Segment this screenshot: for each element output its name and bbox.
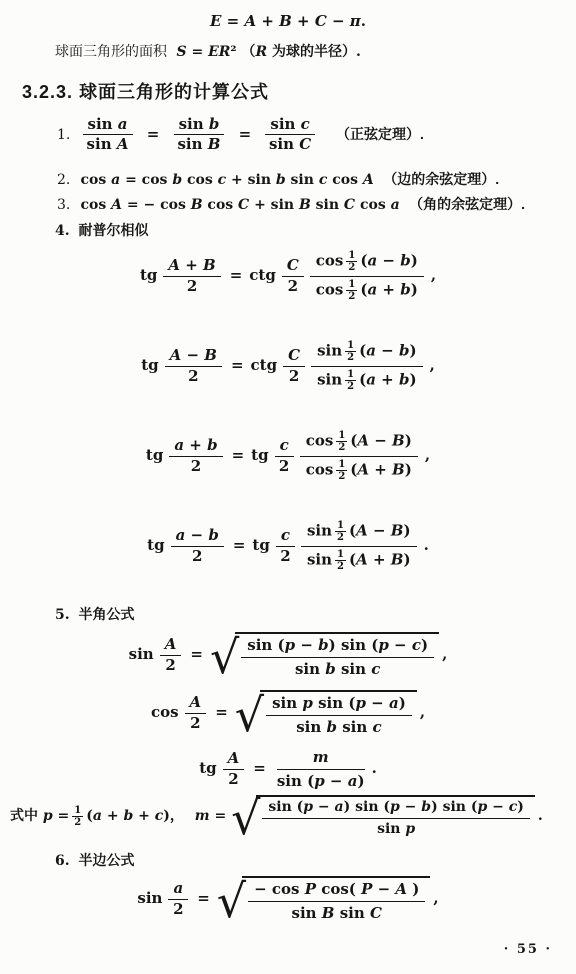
one-half: 12 [345, 340, 356, 363]
big-fraction: sin12(a − b)sin12(a + b) [311, 340, 423, 392]
big-fraction: cos12(a − b)cos12(a + b) [310, 250, 424, 302]
fraction: A2 [223, 750, 245, 788]
fraction: C2 [283, 347, 305, 385]
half-angle-formula-3: tgA2=msin (p − a). [0, 748, 576, 790]
item-napier-label: 4. 耐普尔相似 [55, 220, 149, 240]
napier-formula-1: tgA + B2=ctgC2cos12(a − b)cos12(a + b), [0, 250, 576, 302]
item-angle-cosine-rule: 3. cos A = − cos B cos C + sin B sin C c… [57, 194, 525, 214]
square-root: √− cos P cos( P − A )sin B sin C [217, 876, 431, 922]
square-root: √sin (p − b) sin (p − c)sin b sin c [210, 632, 439, 678]
item-number: 1. [57, 127, 77, 143]
item-number: 5. [55, 607, 75, 623]
big-fraction: cos12(A − B)cos12(A + B) [300, 430, 418, 482]
one-half: 12 [346, 279, 357, 302]
one-half: 12 [346, 250, 357, 273]
big-fraction: − cos P cos( P − A )sin B sin C [248, 880, 425, 922]
napier-formula-4: tga − b2=tgc2sin12(A − B)sin12(A + B). [0, 520, 576, 572]
fraction: sin asin A [83, 116, 133, 154]
formula-text: cos a = cos b cos c + sin b sin c cos A [81, 172, 374, 188]
big-fraction: sin (p − b) sin (p − c)sin b sin c [241, 636, 434, 678]
item-number: 3. [57, 197, 77, 213]
item-number: 4. [55, 223, 75, 239]
half-side-formula: sina2=√− cos P cos( P − A )sin B sin C, [0, 876, 576, 922]
one-half: 12 [335, 520, 346, 543]
section-heading: 3.2.3. 球面三角形的计算公式 [22, 78, 269, 104]
item-half-side-label: 6. 半边公式 [55, 850, 135, 870]
scanned-book-page: E = A + B + C − π. 球面三角形的面积 S = ER² （R 为… [0, 0, 576, 974]
one-half: 12 [72, 805, 83, 828]
formula-text: cos A = − cos B cos C + sin B sin C cos … [81, 197, 400, 213]
half-angle-formula-1: sinA2=√sin (p − b) sin (p − c)sin b sin … [0, 632, 576, 678]
fraction: a + b2 [169, 437, 222, 475]
fraction: A + B2 [163, 257, 220, 295]
where-word: 式中 [10, 809, 38, 824]
big-fraction: sin12(A − B)sin12(A + B) [301, 520, 417, 572]
section-number: 3.2.3. [22, 82, 73, 102]
area-line-chinese: 球面三角形的面积 [55, 45, 167, 60]
theorem-name: （角的余弦定理）. [409, 196, 525, 212]
fraction: sin bsin B [174, 116, 225, 154]
fraction: c2 [275, 437, 294, 475]
theorem-name: （正弦定理）. [336, 126, 424, 142]
section-title: 球面三角形的计算公式 [79, 82, 269, 102]
fraction: A2 [160, 636, 182, 674]
item-label: 耐普尔相似 [79, 222, 149, 238]
area-formula-line: 球面三角形的面积 S = ER² （R 为球的半径）. [55, 41, 361, 61]
fraction: c2 [276, 527, 295, 565]
fraction: A − B2 [165, 347, 222, 385]
item-label: 半角公式 [79, 606, 135, 622]
item-half-angle-label: 5. 半角公式 [55, 604, 135, 624]
page-number: · 55 · [504, 942, 552, 957]
area-line-math: S = ER² （R 为球的半径）. [177, 44, 361, 60]
theorem-name: （边的余弦定理）. [383, 171, 499, 187]
napier-formula-2: tgA − B2=ctgC2sin12(a − b)sin12(a + b), [0, 340, 576, 392]
fraction: a − b2 [171, 527, 224, 565]
item-number: 6. [55, 853, 75, 869]
half-angle-formula-2: cosA2=√sin p sin (p − a)sin b sin c, [0, 690, 576, 736]
square-root: √sin p sin (p − a)sin b sin c [235, 690, 417, 736]
fraction: C2 [282, 257, 304, 295]
one-half: 12 [336, 430, 347, 453]
formula-text: E = A + B + C − π. [210, 12, 366, 30]
item-sine-rule: 1. sin asin A = sin bsin B = sin csin C … [57, 116, 424, 154]
fraction: sin csin C [265, 116, 314, 154]
item-number: 2. [57, 172, 77, 188]
spherical-excess-formula: E = A + B + C − π. [0, 12, 576, 30]
fraction: a2 [168, 880, 188, 918]
square-root: √sin (p − a) sin (p − b) sin (p − c)sin … [231, 795, 535, 837]
fraction: A2 [185, 694, 207, 732]
one-half: 12 [335, 549, 346, 572]
big-fraction: msin (p − a) [277, 748, 365, 790]
item-side-cosine-rule: 2. cos a = cos b cos c + sin b sin c cos… [57, 169, 499, 189]
napier-formula-3: tga + b2=tgc2cos12(A − B)cos12(A + B), [0, 430, 576, 482]
where-clause: 式中 p =12(a + b + c)， m = √sin (p − a) si… [10, 795, 543, 837]
big-fraction: sin p sin (p − a)sin b sin c [266, 694, 412, 736]
big-fraction: sin (p − a) sin (p − b) sin (p − c)sin p [262, 799, 530, 837]
one-half: 12 [336, 459, 347, 482]
item-label: 半边公式 [79, 852, 135, 868]
one-half: 12 [345, 369, 356, 392]
